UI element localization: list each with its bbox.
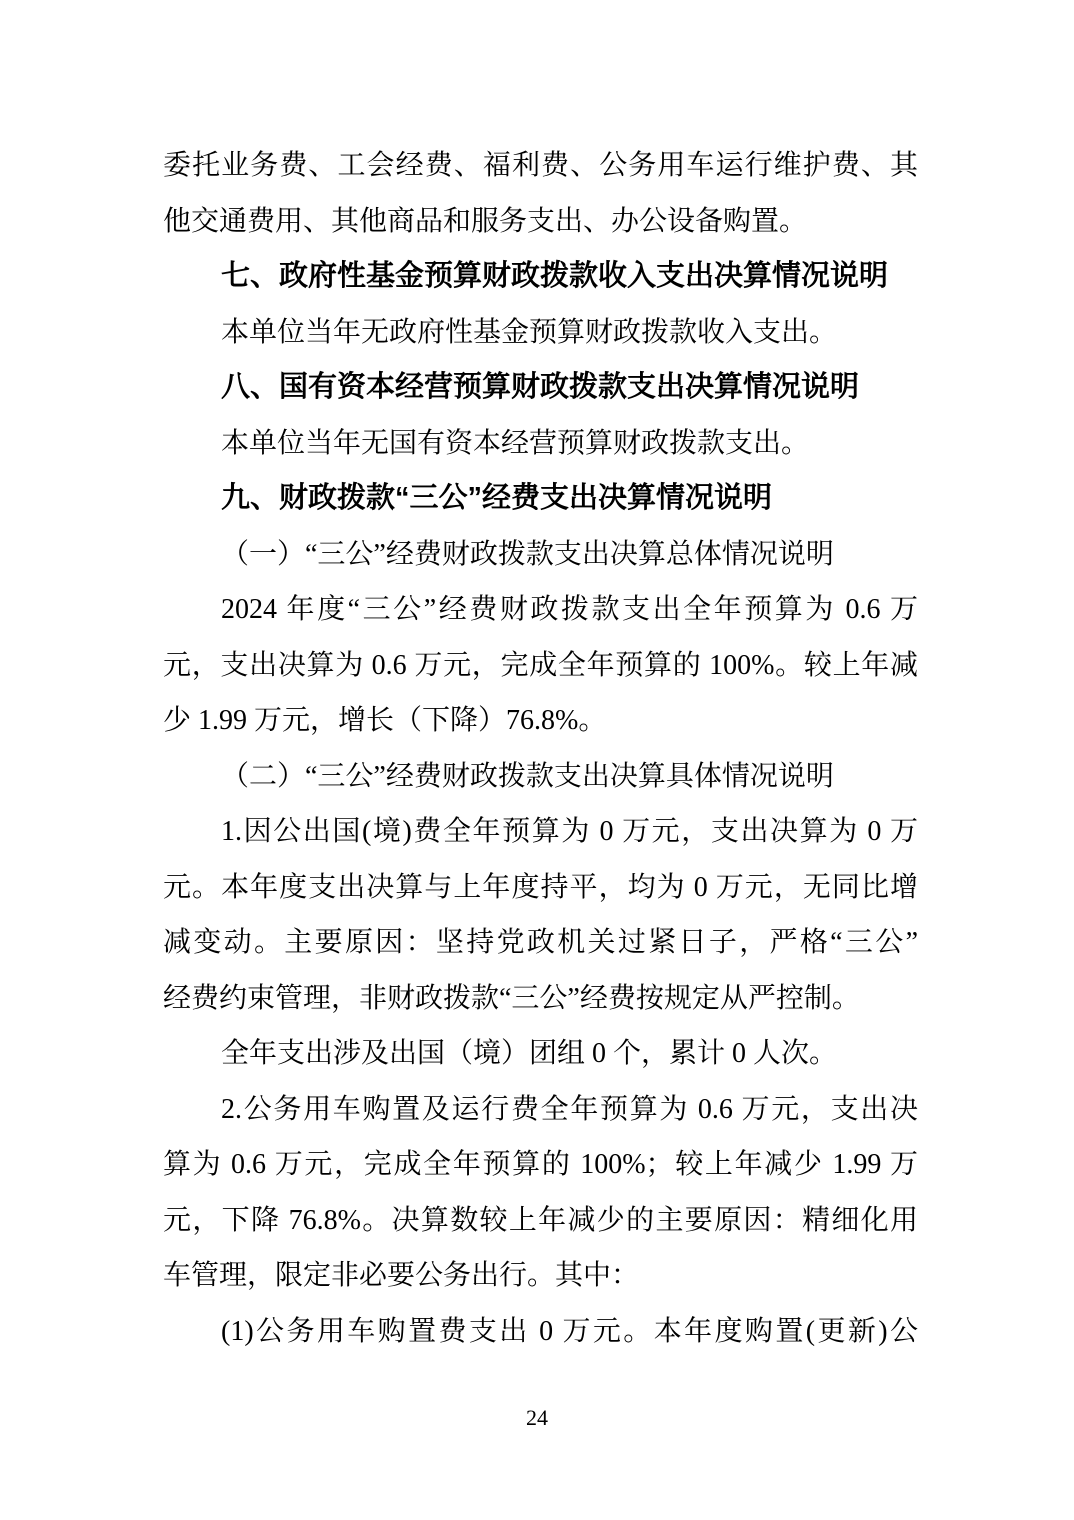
text-line-19: 算为 0.6 万元，完成全年预算的 100%；较上年减少 1.99 万 <box>163 1137 918 1193</box>
text-line-6: 本单位当年无国有资本经营预算财政拨款支出。 <box>163 416 918 472</box>
text-line-10: 元，支出决算为 0.6 万元，完成全年预算的 100%。较上年减 <box>163 638 918 694</box>
text-line-4: 本单位当年无政府性基金预算财政拨款收入支出。 <box>163 305 918 361</box>
heading-section-7: 七、政府性基金预算财政拨款收入支出决算情况说明 <box>163 249 918 305</box>
text-block: 委托业务费、工会经费、福利费、公务用车运行维护费、其 他交通费用、其他商品和服务… <box>163 138 918 1359</box>
text-line-14: 元。本年度支出决算与上年度持平，均为 0 万元，无同比增 <box>163 860 918 916</box>
page-number: 24 <box>0 1398 1074 1438</box>
text-line-11: 少 1.99 万元，增长（下降）76.8%。 <box>163 693 918 749</box>
text-line-17: 全年支出涉及出国（境）团组 0 个，累计 0 人次。 <box>163 1026 918 1082</box>
document-page: 委托业务费、工会经费、福利费、公务用车运行维护费、其 他交通费用、其他商品和服务… <box>0 0 1074 1520</box>
heading-section-9: 九、财政拨款“三公”经费支出决算情况说明 <box>163 471 918 527</box>
text-line-20: 元，下降 76.8%。决算数较上年减少的主要原因：精细化用 <box>163 1193 918 1249</box>
text-line-18: 2.公务用车购置及运行费全年预算为 0.6 万元，支出决 <box>163 1082 918 1138</box>
text-line-16: 经费约束管理，非财政拨款“三公”经费按规定从严控制。 <box>163 971 918 1027</box>
heading-section-8: 八、国有资本经营预算财政拨款支出决算情况说明 <box>163 360 918 416</box>
text-line-2: 他交通费用、其他商品和服务支出、办公设备购置。 <box>163 194 918 250</box>
text-line-1: 委托业务费、工会经费、福利费、公务用车运行维护费、其 <box>163 138 918 194</box>
text-line-15: 减变动。主要原因：坚持党政机关过紧日子，严格“三公” <box>163 915 918 971</box>
subheading-1: （一）“三公”经费财政拨款支出决算总体情况说明 <box>163 527 918 583</box>
text-line-9: 2024 年度“三公”经费财政拨款支出全年预算为 0.6 万 <box>163 582 918 638</box>
text-line-13: 1.因公出国(境)费全年预算为 0 万元，支出决算为 0 万 <box>163 804 918 860</box>
text-line-21: 车管理，限定非必要公务出行。其中： <box>163 1248 918 1304</box>
text-line-22: (1)公务用车购置费支出 0 万元。本年度购置(更新)公 <box>163 1304 918 1360</box>
subheading-2: （二）“三公”经费财政拨款支出决算具体情况说明 <box>163 749 918 805</box>
